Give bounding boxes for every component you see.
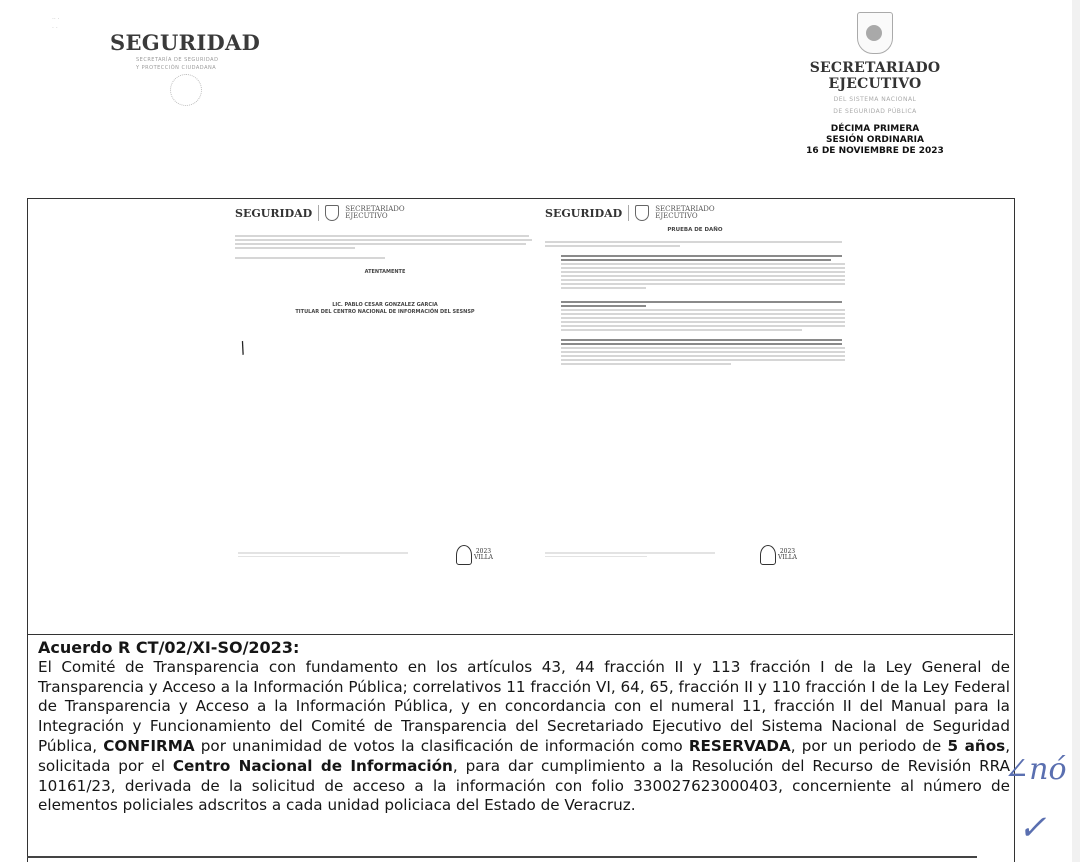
point-3-placeholder [561,339,845,365]
session-info: DÉCIMA PRIMERA SESIÓN ORDINARIA 16 DE NO… [800,124,950,157]
seguridad-title: SEGURIDAD [110,30,260,55]
corner-mark: ·· ·· · [52,15,60,33]
mini-secretariado-logo: SECRETARIADO EJECUTIVO [345,206,404,220]
agreement-body: El Comité de Transparencia con fundament… [38,658,1010,816]
signer-title: TITULAR DEL CENTRO NACIONAL DE INFORMACI… [235,309,535,316]
seguridad-subtitle-2: Y PROTECCIÓN CIUDADANA [136,65,260,71]
embedded-header-2: SEGURIDAD SECRETARIADO EJECUTIVO [545,205,845,221]
handwritten-check: ✓ [1018,808,1047,848]
vida-badge-2: 2023VILLA [760,545,797,565]
footer-note-1 [238,550,408,559]
session-line-1: DÉCIMA PRIMERA [800,124,950,135]
villa-emblem-icon [760,545,776,565]
secretariado-subtitle-2: DE SEGURIDAD PÚBLICA [800,108,950,116]
seguridad-subtitle-1: SECRETARÍA DE SEGURIDAD [136,57,260,63]
divider [318,205,319,221]
centro-emphasis: Centro Nacional de Información [173,757,453,775]
mini-shield-icon [325,205,339,221]
secretariado-title-2: EJECUTIVO [800,76,950,92]
secretariado-logo: SECRETARIADO EJECUTIVO DEL SISTEMA NACIO… [800,12,950,157]
prueba-de-dano-heading: PRUEBA DE DAÑO [545,227,845,233]
signer-name: LIC. PABLO CESAR GONZALEZ GARCIA [235,302,535,309]
mini-seguridad-logo: SEGURIDAD [545,207,622,220]
seguridad-logo: SEGURIDAD SECRETARÍA DE SEGURIDAD Y PROT… [110,30,260,71]
intro-text-placeholder [545,241,845,247]
divider [628,205,629,221]
embedded-page-1: SEGURIDAD SECRETARIADO EJECUTIVO ATENTAM… [235,205,535,575]
point-2-placeholder [561,301,845,331]
shield-icon [857,12,893,54]
mini-seguridad-logo: SEGURIDAD [235,207,312,220]
table-divider [27,634,1013,635]
reservada-emphasis: RESERVADA [689,737,791,755]
secretariado-subtitle-1: DEL SISTEMA NACIONAL [800,96,950,104]
body-text-placeholder [235,235,535,259]
secretariado-title-1: SECRETARIADO [800,60,950,76]
mini-shield-icon [635,205,649,221]
closing: ATENTAMENTE [235,269,535,276]
embedded-page-2: SEGURIDAD SECRETARIADO EJECUTIVO PRUEBA … [545,205,845,575]
embedded-header-1: SEGURIDAD SECRETARIADO EJECUTIVO [235,205,535,221]
session-line-2: SESIÓN ORDINARIA [800,135,950,146]
page-edge [1072,0,1080,862]
national-seal-icon [170,74,202,106]
confirma-emphasis: CONFIRMA [103,737,194,755]
vida-badge-1: 2023VILLA [456,545,493,565]
point-1-placeholder [561,255,845,289]
agreement-section: Acuerdo R CT/02/XI-SO/2023: El Comité de… [38,638,1010,816]
session-date: 16 DE NOVIEMBRE DE 2023 [800,146,950,157]
table-bottom-border [27,856,977,858]
agreement-title: Acuerdo R CT/02/XI-SO/2023: [38,638,1010,658]
villa-emblem-icon [456,545,472,565]
handwritten-initials: ∠nó [1004,752,1067,787]
footer-note-2 [545,550,715,559]
mini-secretariado-logo: SECRETARIADO EJECUTIVO [655,206,714,220]
period-emphasis: 5 años [947,737,1005,755]
